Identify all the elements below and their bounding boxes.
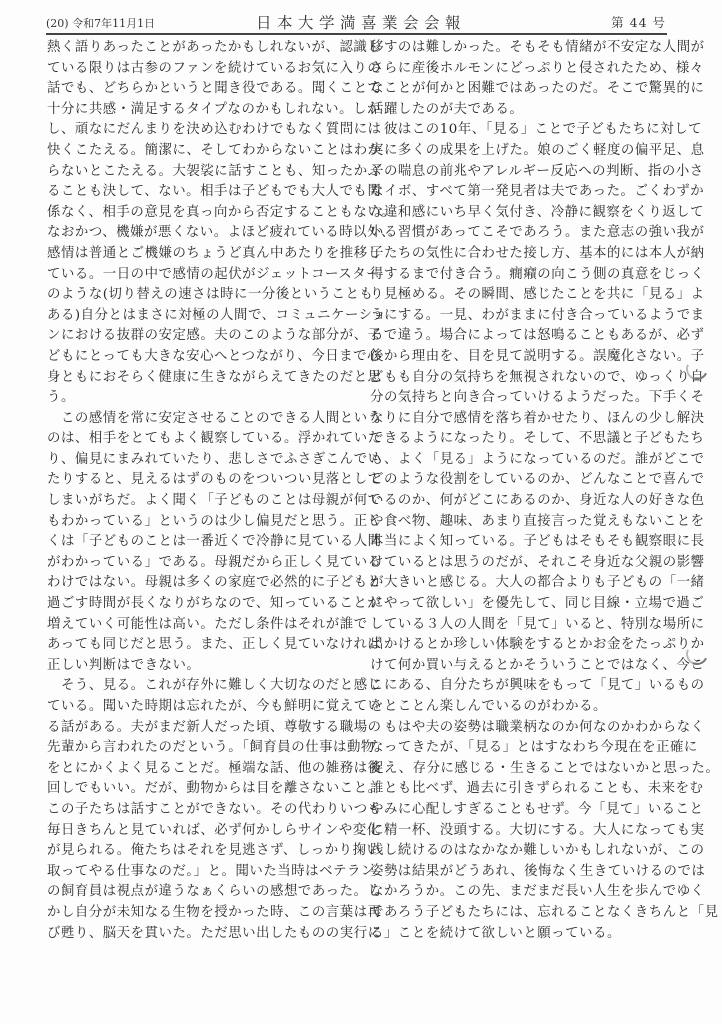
text-line: 子の喘息の前兆やアレルギー反応への判断、指の小さ: [370, 162, 670, 183]
text-line: 正しい判断はできない。: [47, 656, 347, 677]
text-line: をとことん楽しんでいるのがわかる。: [370, 697, 670, 718]
text-line: 毎日きちんと見ていれば、必ず何かしらサインや変化: [47, 821, 347, 842]
right-column: 移すのは難しかった。そもそも情緒が不安定な人間がさらに産後ホルモンにどっぷりと侵…: [370, 38, 670, 944]
text-line: なイボ、すべて第一発見者は夫であった。ごくわずか: [370, 182, 670, 203]
text-line: 得するまで付き合う。癇癪の向こう側の真意をじっく: [370, 265, 670, 286]
text-line: なおかつ、機嫌が悪くない。よほど疲れている時以外、: [47, 223, 347, 244]
text-line: のは、相手をとてもよく観察している。浮かれていた: [47, 429, 347, 450]
text-line: こにある、自分たちが興味をもって「見て」いるもの: [370, 676, 670, 697]
text-line: 本当によく知っている。子どもはそもそも観察眼に長: [370, 532, 670, 553]
text-line: 子たちの気性に合わせた接し方、基本的には本人が納: [370, 244, 670, 265]
text-line: かし自分が未知なる生物を授かった時、この言葉は再: [47, 903, 347, 924]
text-line: や食べ物、趣味、あまり直接言った覚えもないことを: [370, 512, 670, 533]
text-line: の飼育員は視点が違うなぁくらいの感想であった。し: [47, 882, 347, 903]
text-line: ている。聞いた時期は忘れたが、今も鮮明に覚えてい: [47, 697, 347, 718]
text-line: さらに産後ホルモンにどっぷりと侵されたため、様々: [370, 59, 670, 80]
text-line: けているとは思うのだが、それこそ身近な父親の影響: [370, 553, 670, 574]
text-line: う。: [47, 388, 347, 409]
left-column: 熱く語りあったことがあったかもしれないが、認識している限りは古参のファンを続けて…: [47, 38, 347, 944]
text-line: び甦り、脳天を貫いた。ただ思い出したものの実行に: [47, 924, 347, 945]
text-line: なことが何かと困難ではあったのだ。そこで驚異的に: [370, 79, 670, 100]
text-line: ンにおける抜群の安定感。夫のこのような部分が、子: [47, 326, 347, 347]
text-line: しまいがちだ。よく聞く「子どものことは母親が何で: [47, 491, 347, 512]
text-line: 快くこたえる。簡潔に、そしてわからないことはわか: [47, 141, 347, 162]
text-line: り、偏見にまみれていたり、悲しさでふさぎこんでい: [47, 450, 347, 471]
text-line: 実に多くの成果を上げた。娘のごく軽度の偏平足、息: [370, 141, 670, 162]
text-line: 十分に共感・満足するタイプなのかもしれない。しか: [47, 100, 347, 121]
text-line: し、頑なにだんまりを決め込むわけでもなく質問には: [47, 120, 347, 141]
text-line: している３人の人間を「見て」いると、特別な場所に: [370, 615, 670, 636]
text-line: る」ことを続けて欲しいと願っている。: [370, 924, 670, 945]
text-line: わけではない。母親は多くの家庭で必然的に子どもと: [47, 573, 347, 594]
text-line: どのような役割をしているのか、どんなことで喜んで: [370, 470, 670, 491]
text-line: もわかっている」というのは少し偏見だと思う。正し: [47, 512, 347, 533]
text-line: がわかっている」である。母親だから正しく見ている: [47, 553, 347, 574]
text-line: できるようになったり。そして、不思議と子どもたち: [370, 429, 670, 450]
text-line: どもも自分の気持ちを無視されないので、ゆっくり自: [370, 368, 670, 389]
text-line: 姿勢は結果がどうあれ、後悔なく生きていけるのでは: [370, 862, 670, 883]
text-line: なかろうか。この先、まだまだ長い人生を歩んでゆく: [370, 882, 670, 903]
text-line: 取ってやる仕事なのだ。」と。聞いた当時はベテラン: [47, 862, 347, 883]
text-line: もはや夫の姿勢は職業柄なのか何なのかわからなく: [370, 718, 670, 739]
text-line: たりすると、見えるはずのものをついつい見落として: [47, 470, 347, 491]
page-header: (20) 令和7年11月1日 日本大学満喜業会会報 第 44 号: [46, 10, 666, 32]
text-line: 回しでもいい。だが、動物からは目を離さないこと。: [47, 779, 347, 800]
text-line: いるのか、何がどこにあるのか、身近な人の好きな色: [370, 491, 670, 512]
text-line: なってきたが、「見る」とはすなわち今現在を正確に: [370, 738, 670, 759]
text-line: ている。一日の中で感情の起伏がジェットコースター: [47, 265, 347, 286]
text-line: が大きいと感じる。大人の都合よりも子どもの「一緒: [370, 573, 670, 594]
newsletter-title: 日本大学満喜業会会報: [256, 11, 466, 33]
text-line: であろう子どもたちには、忘れることなくきちんと「見: [370, 903, 670, 924]
text-line: のような(切り替えの速さは時に一分後ということも: [47, 285, 347, 306]
text-line: ることも決して、ない。相手は子どもでも大人でも関: [47, 182, 347, 203]
text-line: 後から理由を、目を見て説明する。誤魔化さない。子: [370, 347, 670, 368]
text-line: り見極める。その瞬間、感じたことを共に「見る」よ: [370, 285, 670, 306]
text-line: な違和感にいち早く気付き、冷静に観察をくり返して: [370, 203, 670, 224]
text-line: 彼はこの10年、「見る」ことで子どもたちに対して: [370, 120, 670, 141]
text-line: 身ともにおそらく健康に生きながらえてきたのだと思: [47, 368, 347, 389]
text-line: に精一杯、没頭する。大切にする。大人になっても実: [370, 821, 670, 842]
text-line: 分の気持ちと向き合っていけるようだった。下手くそ: [370, 388, 670, 409]
text-line: 捉え、存分に感じる・生きることではないかと思った。: [370, 759, 670, 780]
text-line: くは「子どものことは一番近くで冷静に見ている人間: [47, 532, 347, 553]
header-rule: [46, 33, 667, 35]
text-line: るで違う。場合によっては怒鳴ることもあるが、必ず: [370, 326, 670, 347]
text-line: どもにとっても大きな安心へとつながり、今日まで心: [47, 347, 347, 368]
text-line: けて何か買い与えるとかそういうことではなく、今こ: [370, 656, 670, 677]
text-line: そう、見る。これが存外に難しく大切なのだと感じ: [47, 676, 347, 697]
text-line: 感情は普通とご機嫌のちょうど真ん中あたりを推移し: [47, 244, 347, 265]
text-line: 係なく、相手の意見を真っ向から否定することもない。: [47, 203, 347, 224]
text-line: 増えていく可能性は高い。ただし条件はそれが誰で: [47, 615, 347, 636]
text-line: をとにかくよく見ることだ。極端な話、他の雑務は後: [47, 759, 347, 780]
text-line: らないとこたえる。大袈裟に話すことも、知ったかぶ: [47, 162, 347, 183]
text-line: 活躍したのが夫である。: [370, 100, 670, 121]
text-line: が見られる。俺たちはそれを見逃さず、しっかり掬い: [47, 841, 347, 862]
text-line: にやって欲しい」を優先して、同じ目線・立場で過ご: [370, 594, 670, 615]
text-line: この子たちは話すことができない。その代わりいつも: [47, 800, 347, 821]
page-number-date: (20) 令和7年11月1日: [46, 15, 155, 31]
text-line: あっても同じだと思う。また、正しく見ていなければ: [47, 635, 347, 656]
text-line: ある)自分とはまさに対極の人間で、コミュニケーショ: [47, 306, 347, 327]
text-line: 話でも、どちらかというと聞き役である。聞くことで: [47, 79, 347, 100]
text-line: 過ごす時間が長くなりがちなので、知っていることが: [47, 594, 347, 615]
text-line: この感情を常に安定させることのできる人間という: [47, 409, 347, 430]
text-line: 出かけるとか珍しい体験をするとかお金をたっぷりか: [370, 635, 670, 656]
text-line: 移すのは難しかった。そもそも情緒が不安定な人間が: [370, 38, 670, 59]
text-line: 熱く語りあったことがあったかもしれないが、認識し: [47, 38, 347, 59]
text-line: 践し続けるのはなかなか難しいかもしれないが、この: [370, 841, 670, 862]
issue-number: 第 44 号: [611, 13, 666, 31]
text-line: 誰とも比べず、過去に引きずられることも、未来をむ: [370, 779, 670, 800]
text-line: る話がある。夫がまだ新人だった頃、尊敬する職場の: [47, 718, 347, 739]
text-line: なりに自分で感情を落ち着かせたり、ほんの少し解決: [370, 409, 670, 430]
text-line: やみに心配しすぎることもせず。今「見て」いること: [370, 800, 670, 821]
text-line: ている限りは古参のファンを続けているお気に入りの: [47, 59, 347, 80]
text-line: 先輩から言われたのだという。「飼育員の仕事は動物: [47, 738, 347, 759]
text-line: うにする。一見、わがままに付き合っているようでま: [370, 306, 670, 327]
text-line: いる習慣があってこそであろう。また意志の強い我が: [370, 223, 670, 244]
text-line: も、よく「見る」ようになっているのだ。誰がどこで: [370, 450, 670, 471]
